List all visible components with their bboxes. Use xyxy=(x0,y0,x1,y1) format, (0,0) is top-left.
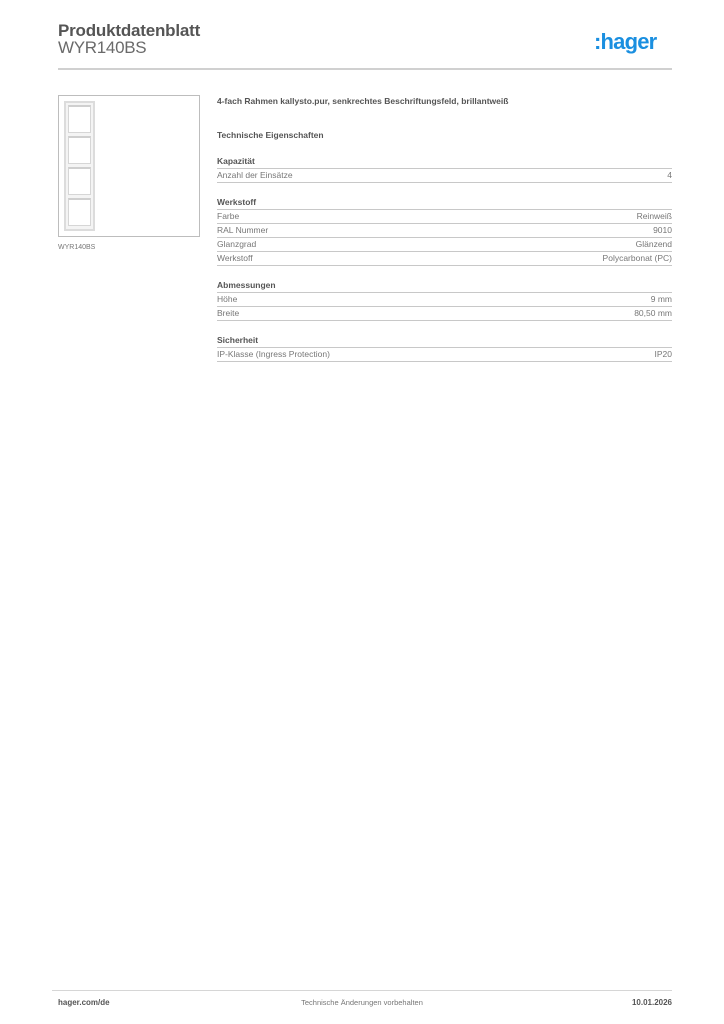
property-row: Höhe9 mm xyxy=(217,293,672,307)
property-row: Anzahl der Einsätze4 xyxy=(217,169,672,183)
product-image xyxy=(58,95,200,237)
property-row: IP-Klasse (Ingress Protection)IP20 xyxy=(217,348,672,362)
section-title: Kapazität xyxy=(217,156,672,169)
property-value: Reinweiß xyxy=(637,210,672,223)
footer-notice: Technische Änderungen vorbehalten xyxy=(0,998,724,1007)
section-title: Werkstoff xyxy=(217,197,672,210)
property-label: Glanzgrad xyxy=(217,238,256,251)
property-value: 9 mm xyxy=(651,293,672,306)
property-value: 4 xyxy=(667,169,672,182)
property-value: Polycarbonat (PC) xyxy=(603,252,672,265)
section: WerkstoffFarbeReinweißRAL Nummer9010Glan… xyxy=(217,197,672,266)
property-label: Höhe xyxy=(217,293,237,306)
product-details: 4-fach Rahmen kallysto.pur, senkrechtes … xyxy=(217,96,672,376)
footer-divider xyxy=(52,990,672,991)
property-label: IP-Klasse (Ingress Protection) xyxy=(217,348,330,361)
property-row: Breite80,50 mm xyxy=(217,307,672,321)
property-label: Breite xyxy=(217,307,239,320)
property-value: 9010 xyxy=(653,224,672,237)
property-value: IP20 xyxy=(655,348,673,361)
product-description: 4-fach Rahmen kallysto.pur, senkrechtes … xyxy=(217,96,672,130)
property-row: WerkstoffPolycarbonat (PC) xyxy=(217,252,672,266)
property-row: GlanzgradGlänzend xyxy=(217,238,672,252)
section: KapazitätAnzahl der Einsätze4 xyxy=(217,156,672,183)
property-label: Werkstoff xyxy=(217,252,253,265)
property-label: Farbe xyxy=(217,210,239,223)
header-divider xyxy=(58,68,672,70)
image-caption: WYR140BS xyxy=(58,244,95,251)
property-value: 80,50 mm xyxy=(634,307,672,320)
product-code: WYR140BS xyxy=(58,38,146,58)
footer-date: 10.01.2026 xyxy=(632,998,672,1007)
property-row: FarbeReinweiß xyxy=(217,210,672,224)
property-label: Anzahl der Einsätze xyxy=(217,169,293,182)
section-title: Abmessungen xyxy=(217,280,672,293)
property-value: Glänzend xyxy=(636,238,672,251)
frame-illustration-icon xyxy=(64,101,95,231)
technical-properties-heading: Technische Eigenschaften xyxy=(217,130,672,156)
property-label: RAL Nummer xyxy=(217,224,268,237)
hager-logo: :hager xyxy=(594,29,656,55)
properties-sections: KapazitätAnzahl der Einsätze4WerkstoffFa… xyxy=(217,156,672,362)
property-row: RAL Nummer9010 xyxy=(217,224,672,238)
section: AbmessungenHöhe9 mmBreite80,50 mm xyxy=(217,280,672,321)
section: SicherheitIP-Klasse (Ingress Protection)… xyxy=(217,335,672,362)
section-title: Sicherheit xyxy=(217,335,672,348)
